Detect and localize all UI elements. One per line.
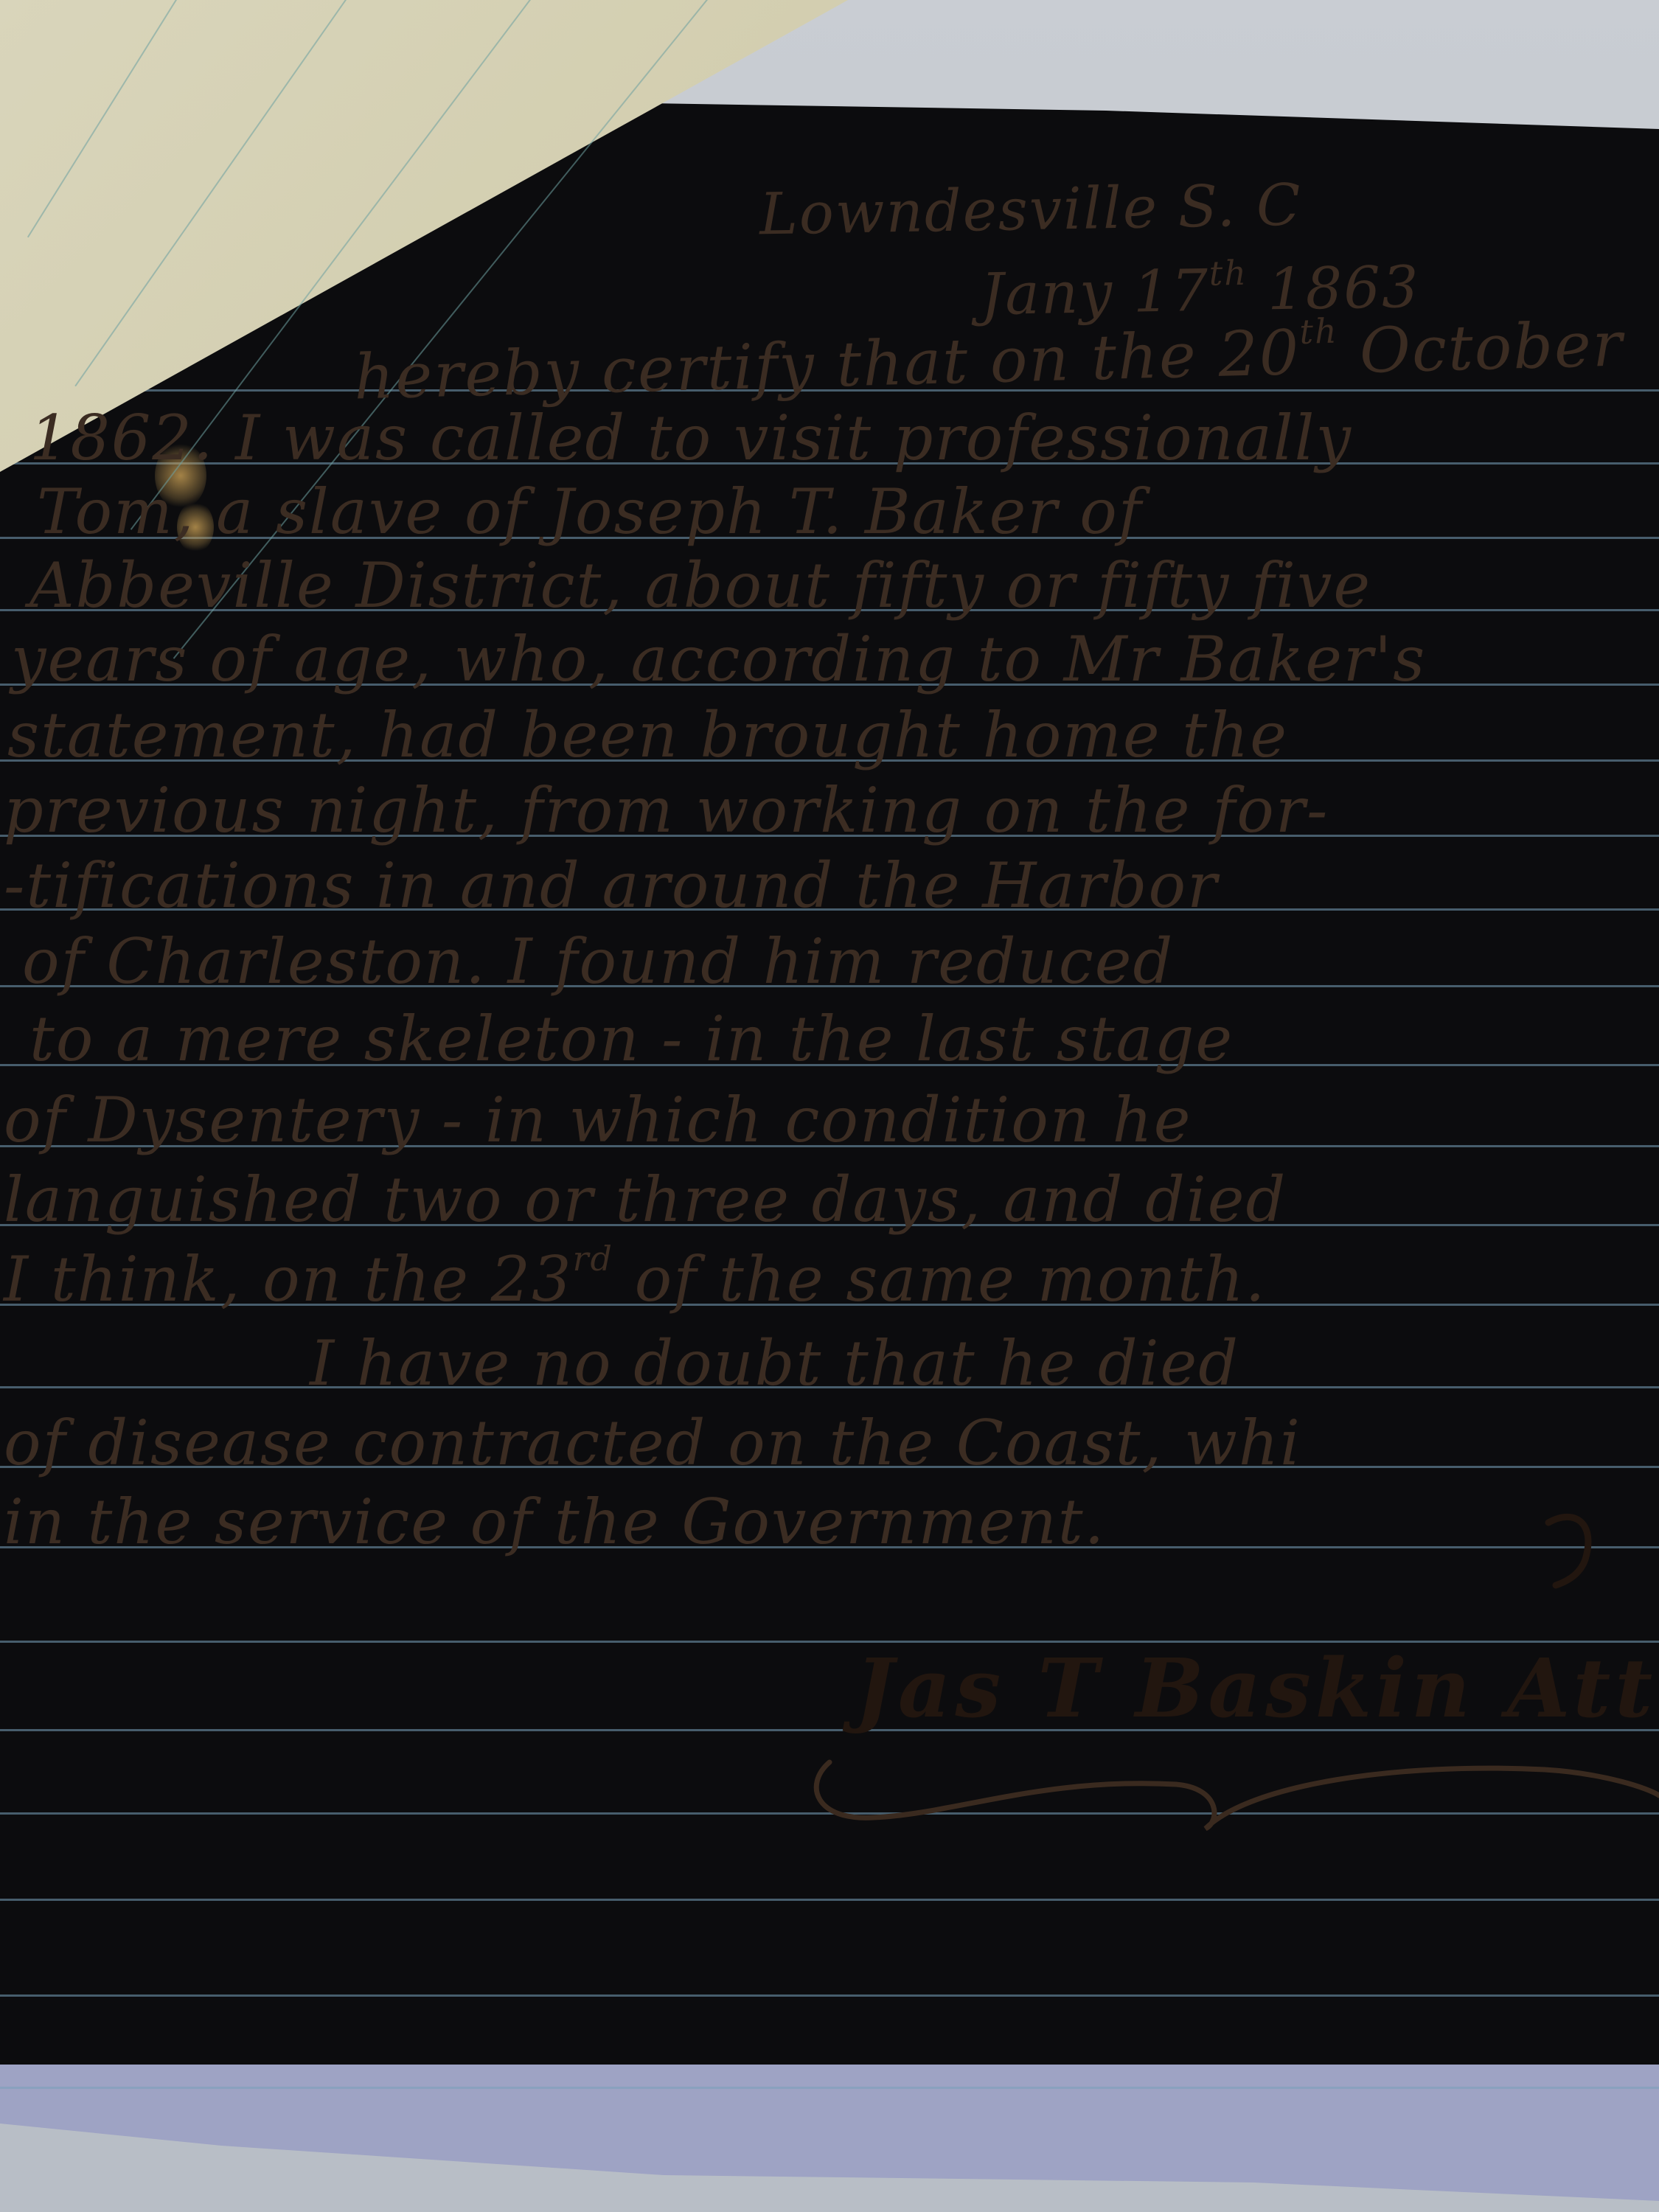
body-line-4: Abbeville District, about fifty or fifty… [29, 549, 1371, 622]
date-year: 1863 [1267, 254, 1420, 324]
body-line-2: 1862. I was called to visit professional… [29, 402, 1352, 474]
body-line-10: to a mere skeleton - in the last stage [29, 1003, 1234, 1075]
body-line-9: of Charleston. I found him reduced [22, 925, 1174, 998]
body-line-3: Tom, a slave of Joseph T. Baker of [37, 476, 1143, 548]
signature-flourish-icon [807, 1755, 1659, 1836]
signature: Jas T Baskin Att [855, 1641, 1657, 1736]
body-line-11: of Dysentery - in which condition he [4, 1084, 1192, 1156]
closing-flourish-icon [1545, 1508, 1604, 1589]
body-line-12: languished two or three days, and died [4, 1164, 1287, 1236]
date-prefix: Jany 17 [980, 258, 1210, 328]
place-line: Lowndesville S. C [759, 173, 1302, 248]
date-ordinal: th [1208, 253, 1248, 293]
place-text: Lowndesville S. C [759, 173, 1302, 248]
body-line-5: years of age, who, according to Mr Baker… [11, 623, 1426, 695]
body-line-16: in the service of the Government. [4, 1486, 1105, 1558]
body-line-15: of disease contracted on the Coast, whi [4, 1407, 1301, 1479]
body-line-7: previous night, from working on the for- [4, 774, 1329, 846]
body-line-13: I think, on the 23rd of the same month. [4, 1243, 1266, 1315]
body-line-8: -tifications in and around the Harbor [4, 849, 1218, 922]
body-line-6: statement, had been brought home the [7, 699, 1288, 771]
body-line-14: I have no doubt that he died [310, 1327, 1239, 1399]
